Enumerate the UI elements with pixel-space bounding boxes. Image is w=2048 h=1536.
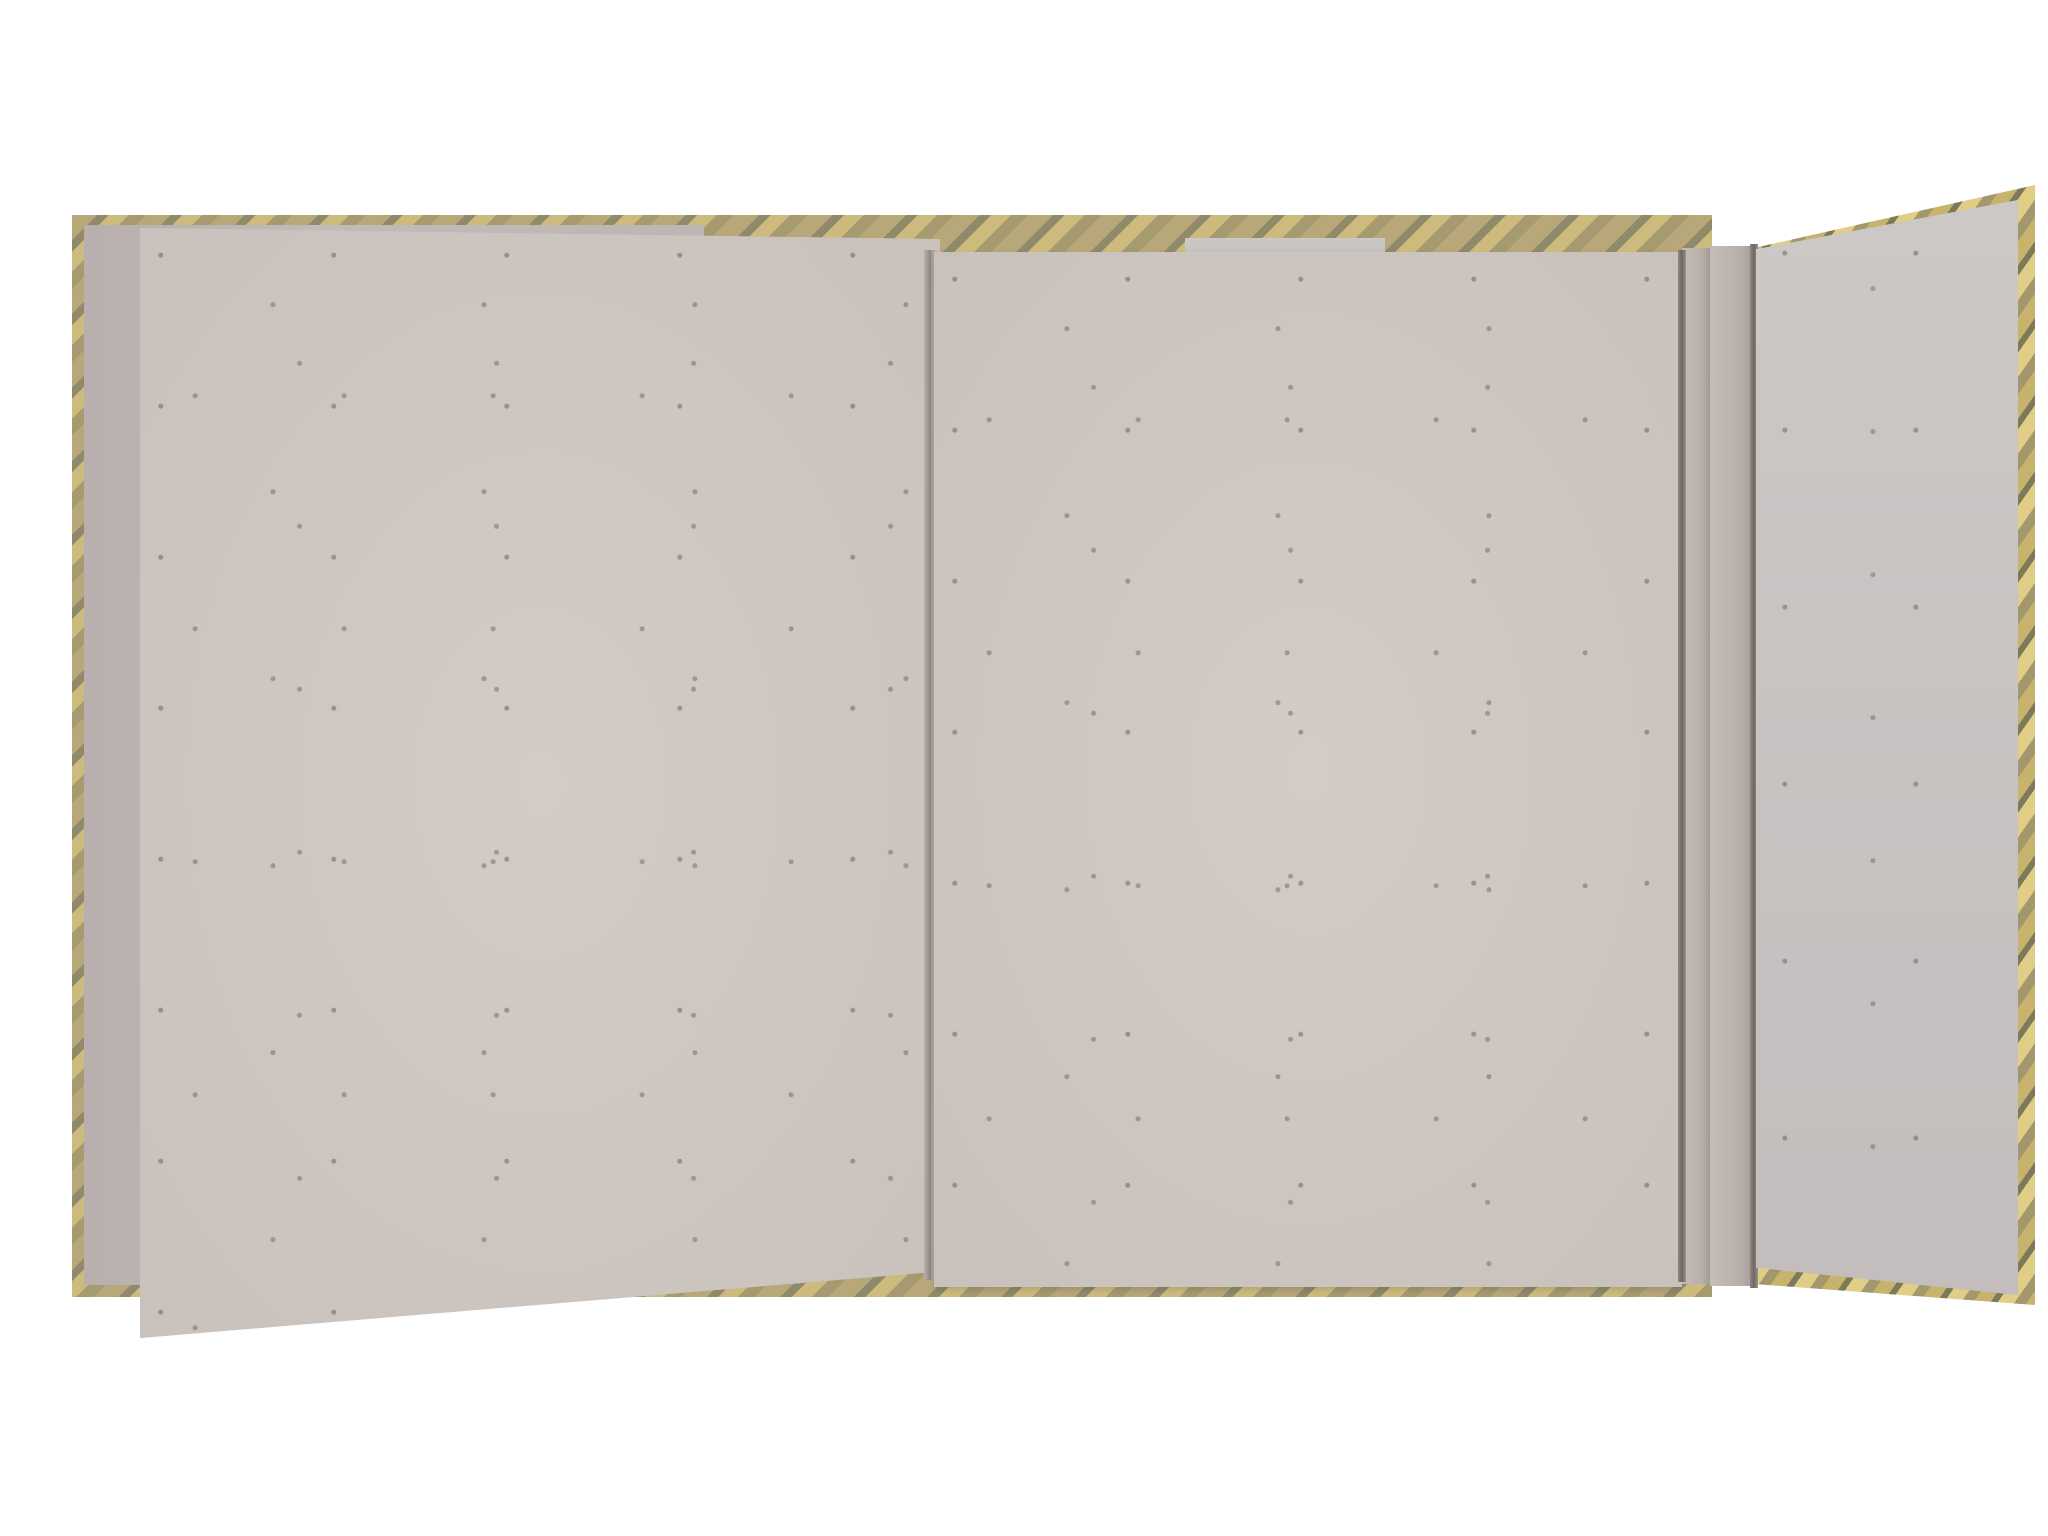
spine-panel-inner xyxy=(1710,246,1754,1286)
spine-panel-outer xyxy=(1682,248,1710,1284)
left-page xyxy=(140,228,940,1338)
flap-inner-paper xyxy=(1756,200,2018,1295)
right-page xyxy=(934,252,1682,1287)
spine-crease-1 xyxy=(1678,250,1686,1282)
